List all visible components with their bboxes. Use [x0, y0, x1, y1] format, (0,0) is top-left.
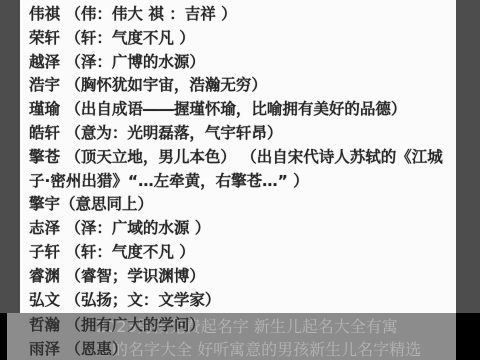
name-list-item: 擎苍 （顶天立地，男儿本色） （出自宋代诗人苏轼的《江城子·密州出猎》“…左牵黄… — [29, 146, 454, 194]
name-list-item: 睿渊 （睿智；学识渊博） — [29, 265, 454, 289]
caption-band-list: 哲瀚 （拥有广大的学问） 雨泽 （恩惠） — [29, 314, 205, 360]
right-letterbox-bar — [456, 0, 480, 313]
name-list-item: 子轩 （轩：气度不凡 ） — [29, 241, 454, 265]
name-list-item: 伟祺 （伟：伟大 祺 ：吉祥 ） — [29, 3, 454, 27]
name-list-item: 雨泽 （恩惠） — [29, 338, 205, 360]
caption-band-surface: 哲瀚 （拥有广大的学问） 雨泽 （恩惠） 2023男孩免费起名字 新生儿起名大全… — [7, 313, 456, 360]
name-list-item: 弘文 （弘扬；文：文学家） — [29, 289, 454, 313]
name-list-item: 志泽 （泽：广域的水源 ） — [29, 217, 454, 241]
name-list-item: 皓轩 （意为：光明磊落，气宇轩昂） — [29, 122, 454, 146]
caption-band: 哲瀚 （拥有广大的学问） 雨泽 （恩惠） 2023男孩免费起名字 新生儿起名大全… — [0, 313, 480, 360]
name-list-item: 哲瀚 （拥有广大的学问） — [29, 314, 205, 338]
name-list-item: 瑾瑜 （出自成语――握瑾怀瑜，比喻拥有美好的品德） — [29, 98, 454, 122]
name-list: 伟祺 （伟：伟大 祺 ：吉祥 ） 荣轩 （轩：气度不凡 ） 越泽 （泽：广博的水… — [20, 0, 456, 312]
left-letterbox-bar — [0, 0, 20, 313]
video-frame: 伟祺 （伟：伟大 祺 ：吉祥 ） 荣轩 （轩：气度不凡 ） 越泽 （泽：广博的水… — [0, 0, 480, 360]
name-list-item: 越泽 （泽：广博的水源） — [29, 51, 454, 75]
name-list-item: 浩宇 （胸怀犹如宇宙，浩瀚无穷） — [29, 74, 454, 98]
name-list-item: 擎宇（意思同上） — [29, 193, 454, 217]
name-list-item: 荣轩 （轩：气度不凡 ） — [29, 27, 454, 51]
document-page: 伟祺 （伟：伟大 祺 ：吉祥 ） 荣轩 （轩：气度不凡 ） 越泽 （泽：广博的水… — [20, 0, 456, 313]
